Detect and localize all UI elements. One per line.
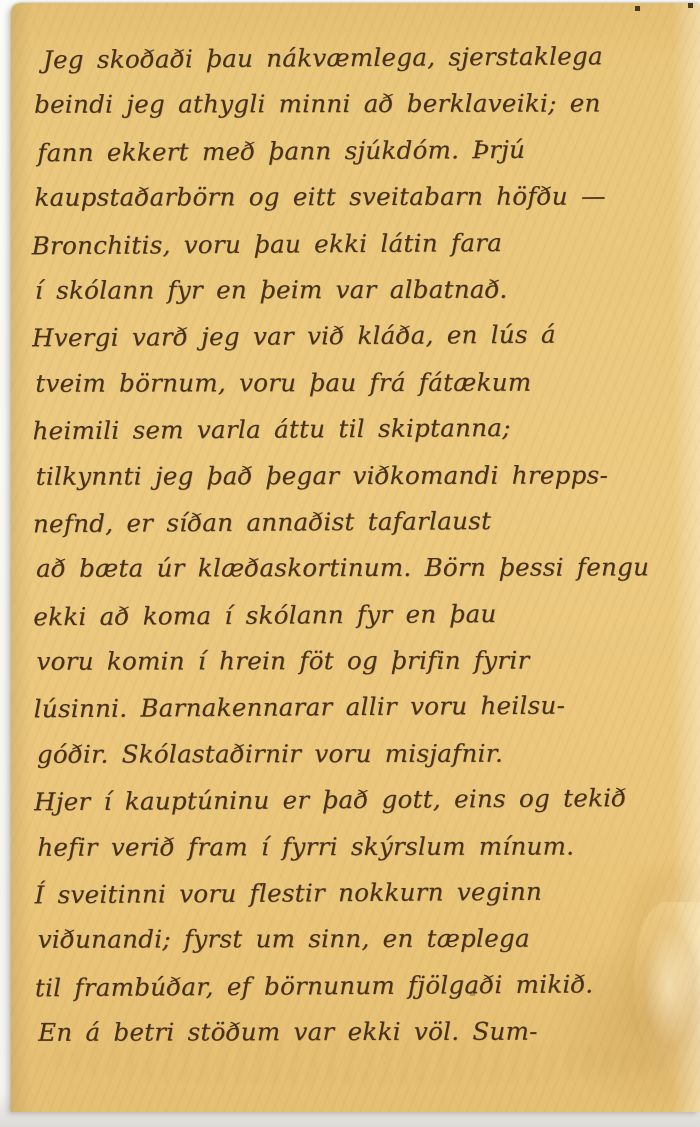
manuscript-line: ekki að koma í skólann fyr en þau <box>33 588 694 639</box>
manuscript-line: beindi jeg athygli minni að berklaveiki;… <box>31 80 692 128</box>
manuscript-line: Jeg skoðaði þau nákvæmlega, sjerstaklega <box>31 32 692 83</box>
ink-specks <box>11 3 14 6</box>
manuscript-line: tveim börnum, voru þau frá fátækum <box>32 358 693 406</box>
manuscript-line: góðir. Skólastaðirnir voru misjafnir. <box>34 729 695 777</box>
manuscript-line: tilkynnti jeg það þegar viðkomandi hrepp… <box>33 451 694 499</box>
manuscript-line: En á betri stöðum var ekki völ. Sum- <box>35 1007 696 1055</box>
manuscript-line: Hvergi varð jeg var við kláða, en lús á <box>32 310 693 361</box>
manuscript-line: fann ekkert með þann sjúkdóm. Þrjú <box>31 124 692 175</box>
manuscript-line: að bæta úr klæðaskortinum. Börn þessi fe… <box>33 544 694 592</box>
manuscript-line: Bronchitis, voru þau ekki látin fara <box>32 217 693 268</box>
manuscript-line: lúsinni. Barnakennarar allir voru heilsu… <box>34 681 695 732</box>
manuscript-line: til frambúðar, ef börnunum fjölgaði miki… <box>35 960 696 1011</box>
manuscript-line: Í sveitinni voru flestir nokkurn veginn <box>34 867 695 918</box>
manuscript-line: Hjer í kauptúninu er það gott, eins og t… <box>34 774 695 825</box>
manuscript-line: viðunandi; fyrst um sinn, en tæplega <box>35 915 696 963</box>
manuscript-photo: Jeg skoðaði þau nákvæmlega, sjerstaklega… <box>0 0 700 1127</box>
manuscript-line: kaupstaðarbörn og eitt sveitabarn höfðu … <box>31 172 692 220</box>
manuscript-page: Jeg skoðaði þau nákvæmlega, sjerstaklega… <box>11 3 700 1112</box>
manuscript-line: heimili sem varla áttu til skiptanna; <box>32 403 693 454</box>
manuscript-text: Jeg skoðaði þau nákvæmlega, sjerstaklega… <box>31 33 696 1056</box>
manuscript-line: voru komin í hrein föt og þrifin fyrir <box>33 636 694 684</box>
manuscript-line: í skólann fyr en þeim var albatnað. <box>32 265 693 313</box>
manuscript-line: nefnd, er síðan annaðist tafarlaust <box>33 496 694 547</box>
manuscript-line: hefir verið fram í fyrri skýrslum mínum. <box>34 822 695 870</box>
